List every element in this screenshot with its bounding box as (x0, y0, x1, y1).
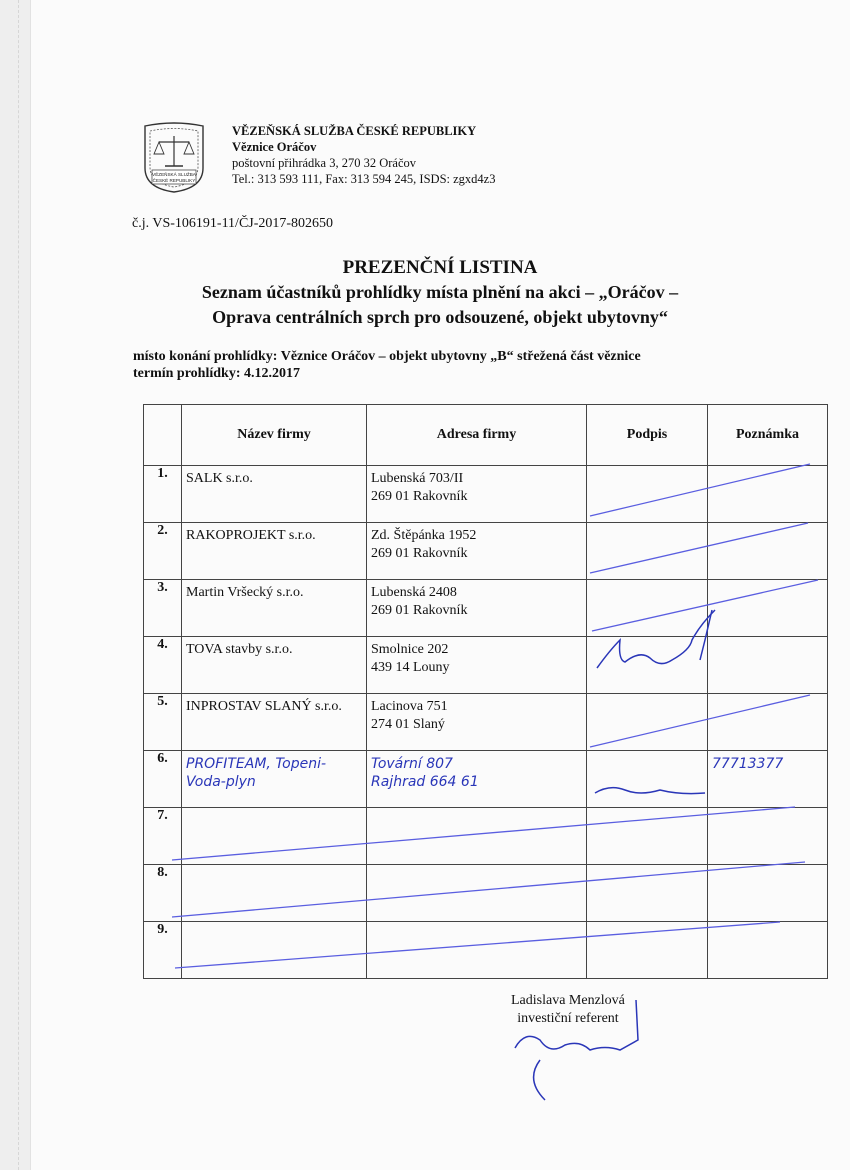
signature-cell (587, 808, 708, 865)
col-number-header (144, 405, 182, 466)
signer-block: Ladislava Menzlová investiční referent (511, 992, 625, 1028)
table-row: 2. RAKOPROJEKT s.r.o. Zd. Štěpánka 19522… (144, 523, 828, 580)
address-line-2: 439 14 Louny (371, 659, 583, 677)
row-number: 2. (144, 523, 182, 580)
scan-edge-perforation (18, 0, 19, 1170)
row-number: 5. (144, 694, 182, 751)
row-number: 9. (144, 922, 182, 979)
address-line-1: Lubenská 703/II (371, 470, 583, 488)
firm-address: Lacinova 751274 01 Slaný (367, 694, 587, 751)
title-line-3: Oprava centrálních sprch pro odsouzené, … (120, 305, 760, 330)
scales-of-justice-emblem-icon: VĚZEŇSKÁ SLUŽBA ČESKÉ REPUBLIKY (137, 122, 211, 194)
note-cell (708, 865, 828, 922)
table-header-row: Název firmy Adresa firmy Podpis Poznámka (144, 405, 828, 466)
note-cell-handwritten: 77713377 (708, 751, 828, 808)
table-row: 1. SALK s.r.o. Lubenská 703/II269 01 Rak… (144, 466, 828, 523)
row-number: 8. (144, 865, 182, 922)
address-line-1: Zd. Štěpánka 1952 (371, 527, 583, 545)
title-line-2: Seznam účastníků prohlídky místa plnění … (120, 280, 760, 305)
firm-name: TOVA stavby s.r.o. (182, 637, 367, 694)
firm-name: Martin Vršecký s.r.o. (182, 580, 367, 637)
org-address: poštovní přihrádka 3, 270 32 Oráčov (232, 155, 495, 171)
col-note-header: Poznámka (708, 405, 828, 466)
document-title: PREZENČNÍ LISTINA Seznam účastníků prohl… (120, 255, 760, 330)
address-line-2: 274 01 Slaný (371, 716, 583, 734)
firm-address-handwritten: Tovární 807Rajhrad 664 61 (367, 751, 587, 808)
signature-cell (587, 523, 708, 580)
signature-cell (587, 751, 708, 808)
col-address-header: Adresa firmy (367, 405, 587, 466)
org-contact: Tel.: 313 593 111, Fax: 313 594 245, ISD… (232, 171, 495, 187)
firm-name: RAKOPROJEKT s.r.o. (182, 523, 367, 580)
address-line-2: 269 01 Rakovník (371, 545, 583, 563)
firm-name (182, 865, 367, 922)
col-signature-header: Podpis (587, 405, 708, 466)
signature-cell (587, 694, 708, 751)
firm-address: Zd. Štěpánka 1952269 01 Rakovník (367, 523, 587, 580)
table-row: 7. (144, 808, 828, 865)
signature-cell (587, 865, 708, 922)
svg-text:VĚZEŇSKÁ SLUŽBA: VĚZEŇSKÁ SLUŽBA (152, 170, 197, 177)
firm-name-handwritten: PROFITEAM, Topeni-Voda-plyn (182, 751, 367, 808)
firm-name (182, 922, 367, 979)
firm-address: Lubenská 2408269 01 Rakovník (367, 580, 587, 637)
scan-edge (0, 0, 31, 1170)
table-row: 5. INPROSTAV SLANÝ s.r.o. Lacinova 75127… (144, 694, 828, 751)
address-line-1: Smolnice 202 (371, 641, 583, 659)
organization-header: VĚZEŇSKÁ SLUŽBA ČESKÉ REPUBLIKY Věznice … (232, 123, 495, 187)
address-line-2: 269 01 Rakovník (371, 488, 583, 506)
signature-cell (587, 637, 708, 694)
firm-name (182, 808, 367, 865)
row-number: 1. (144, 466, 182, 523)
signature-cell (587, 466, 708, 523)
table-row: 8. (144, 865, 828, 922)
firm-name: INPROSTAV SLANÝ s.r.o. (182, 694, 367, 751)
note-cell (708, 922, 828, 979)
row-number: 3. (144, 580, 182, 637)
reference-number: č.j. VS-106191-11/ČJ-2017-802650 (132, 216, 333, 232)
note-cell (708, 466, 828, 523)
address-line-1: Lubenská 2408 (371, 584, 583, 602)
note-cell (708, 637, 828, 694)
firm-address (367, 865, 587, 922)
signer-role: investiční referent (511, 1010, 625, 1028)
firm-name: SALK s.r.o. (182, 466, 367, 523)
firm-address: Lubenská 703/II269 01 Rakovník (367, 466, 587, 523)
row-number: 4. (144, 637, 182, 694)
signer-name: Ladislava Menzlová (511, 992, 625, 1010)
inspection-place: místo konání prohlídky: Věznice Oráčov –… (133, 348, 641, 365)
inspection-details: místo konání prohlídky: Věznice Oráčov –… (133, 348, 641, 382)
note-cell (708, 694, 828, 751)
address-line-1: Tovární 807 (371, 755, 583, 773)
note-cell (708, 580, 828, 637)
attendance-table: Název firmy Adresa firmy Podpis Poznámka… (143, 404, 828, 979)
note-cell (708, 523, 828, 580)
col-firm-header: Název firmy (182, 405, 367, 466)
table-row: 3. Martin Vršecký s.r.o. Lubenská 240826… (144, 580, 828, 637)
note-cell (708, 808, 828, 865)
row-number: 7. (144, 808, 182, 865)
signature-cell (587, 580, 708, 637)
title-main: PREZENČNÍ LISTINA (120, 255, 760, 280)
inspection-date: termín prohlídky: 4.12.2017 (133, 365, 641, 382)
org-name: VĚZEŇSKÁ SLUŽBA ČESKÉ REPUBLIKY (232, 123, 495, 139)
svg-text:ČESKÉ REPUBLIKY: ČESKÉ REPUBLIKY (153, 177, 196, 183)
address-line-2: 269 01 Rakovník (371, 602, 583, 620)
signature-cell (587, 922, 708, 979)
table-row: 9. (144, 922, 828, 979)
firm-address (367, 808, 587, 865)
firm-address (367, 922, 587, 979)
table-row: 4. TOVA stavby s.r.o. Smolnice 202439 14… (144, 637, 828, 694)
firm-address: Smolnice 202439 14 Louny (367, 637, 587, 694)
row-number: 6. (144, 751, 182, 808)
table-row: 6. PROFITEAM, Topeni-Voda-plyn Tovární 8… (144, 751, 828, 808)
address-line-2: Rajhrad 664 61 (371, 773, 583, 791)
org-unit: Věznice Oráčov (232, 139, 495, 155)
address-line-1: Lacinova 751 (371, 698, 583, 716)
